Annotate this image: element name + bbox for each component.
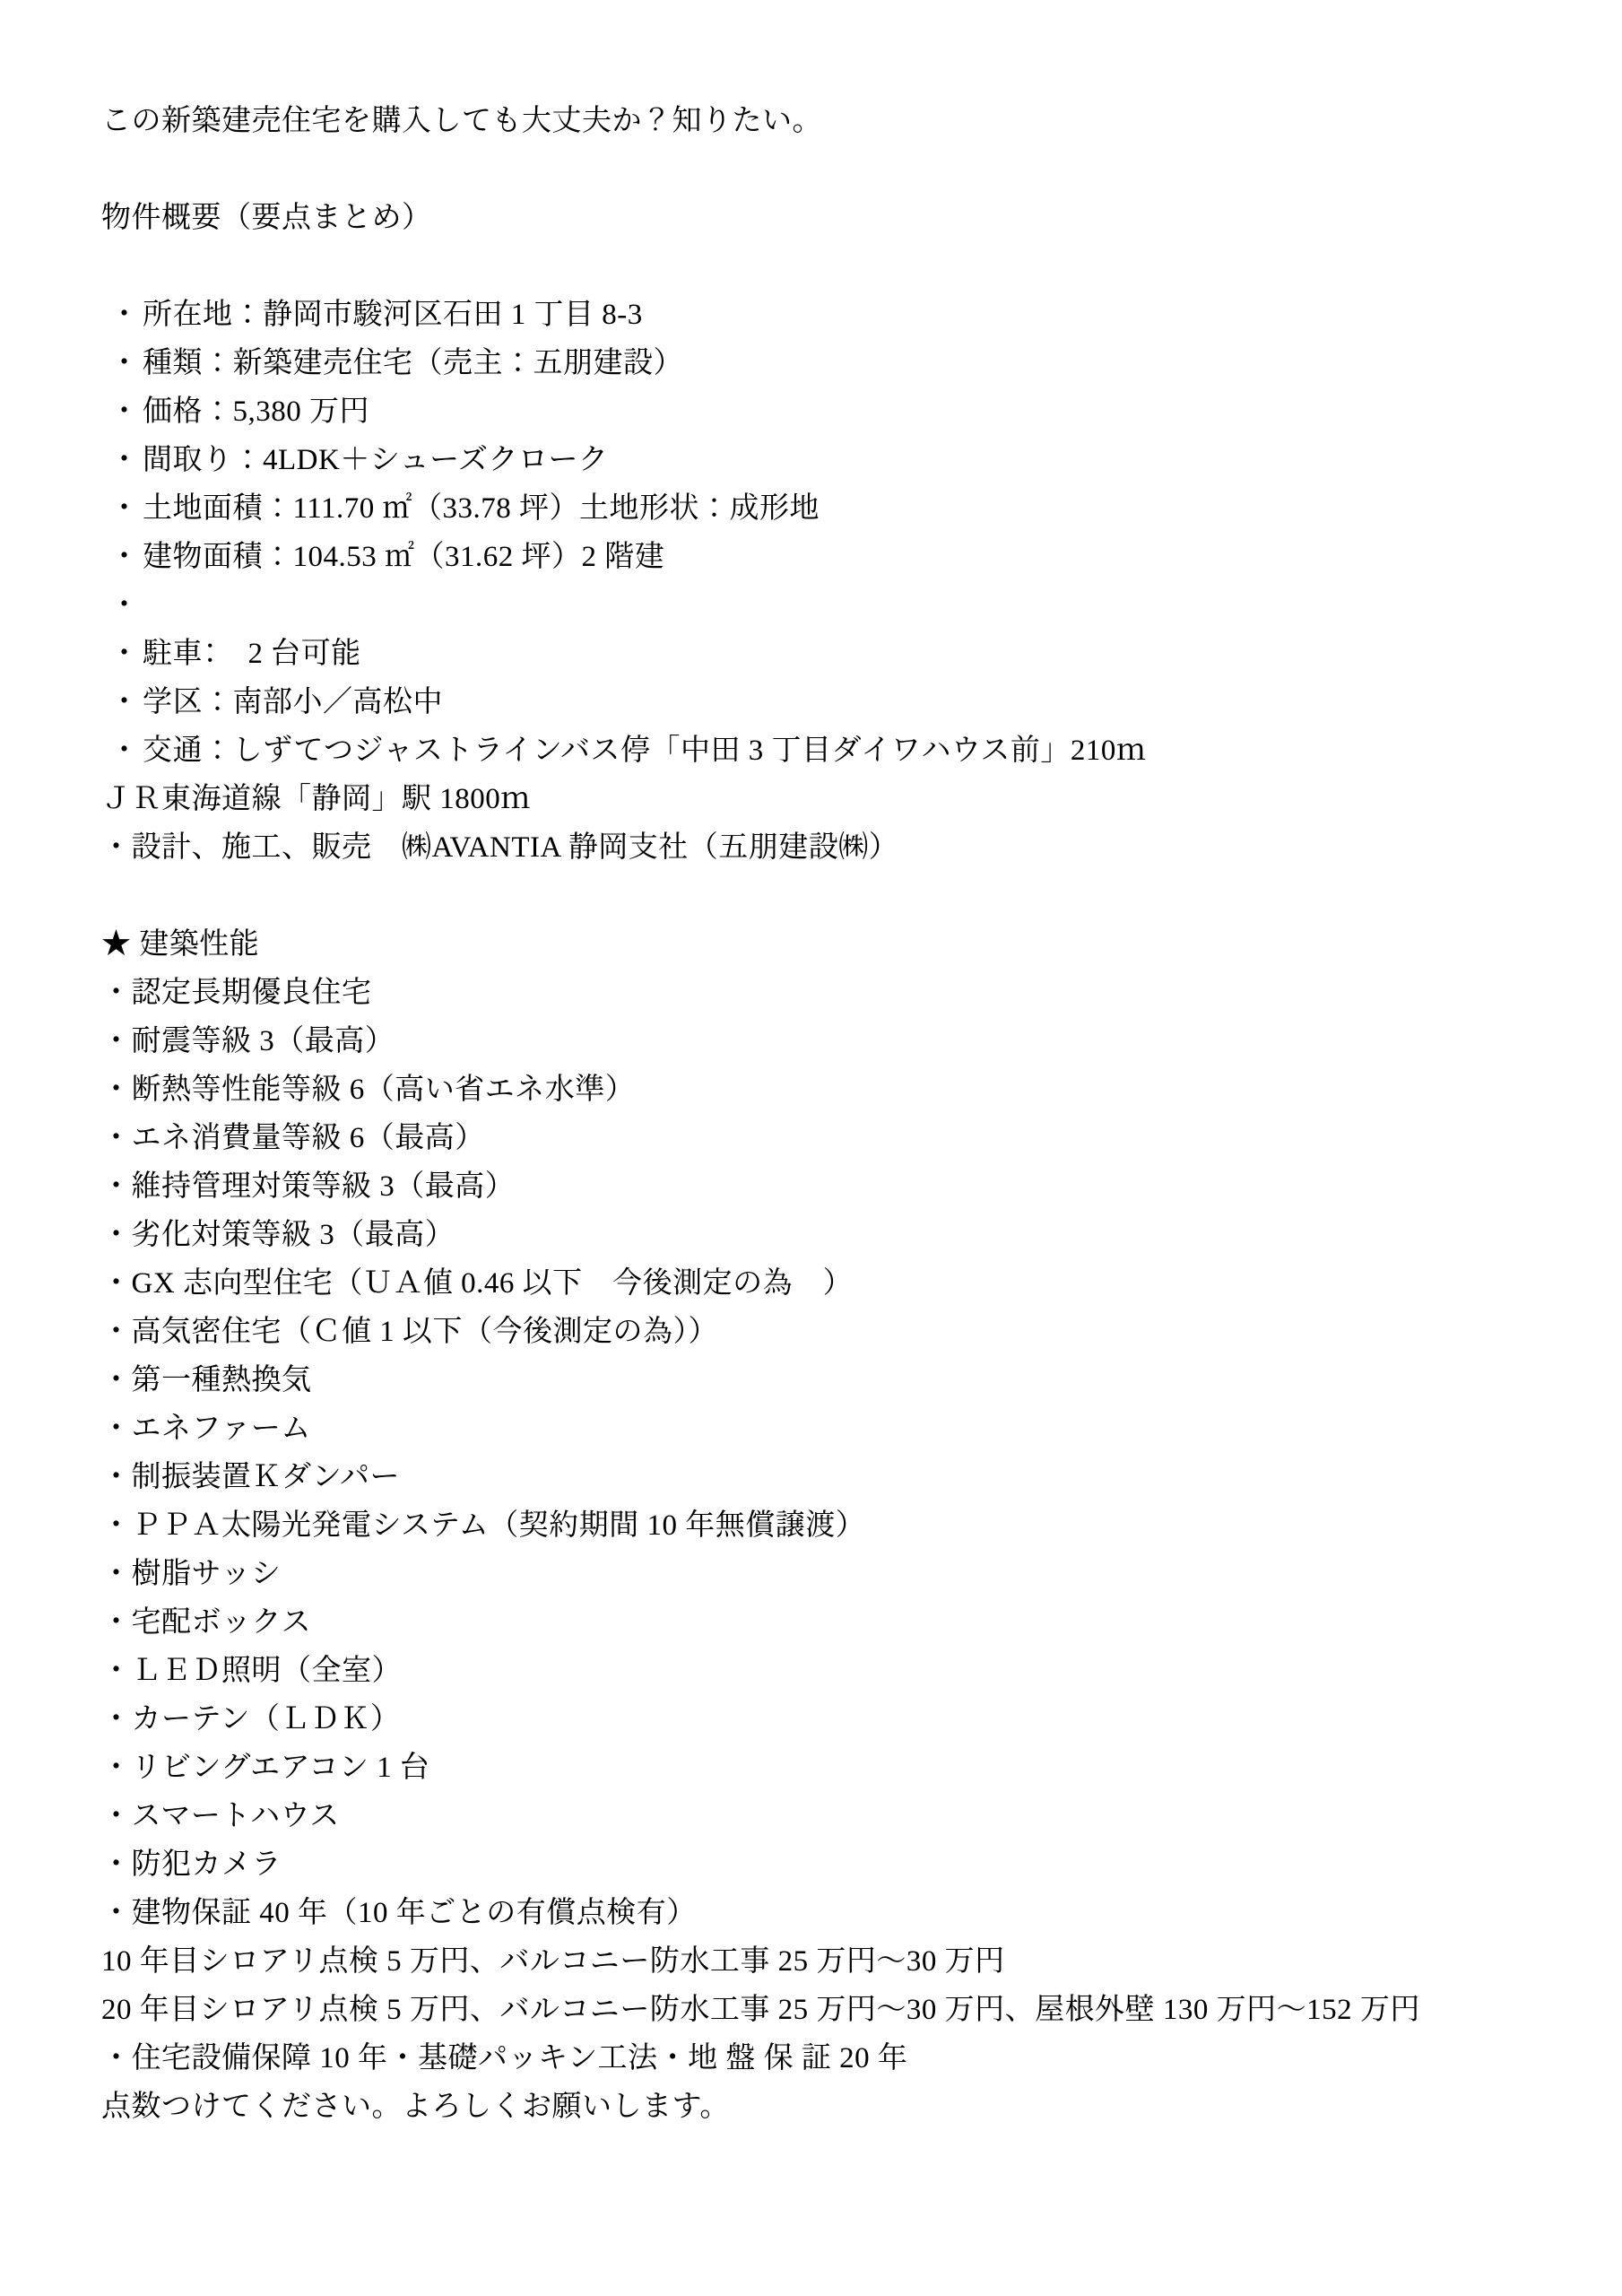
list-bullet-icon: ・ xyxy=(109,630,143,678)
list-item: ・土地面積：111.70 ㎡（33.78 坪）土地形状：成形地 xyxy=(101,484,1532,533)
list-item-text: 種類：新築建売住宅（売主：五朋建設） xyxy=(143,347,683,379)
text-line: ＪＲ東海道線「静岡」駅 1800ｍ xyxy=(101,775,1532,823)
text-line: ・防犯カメラ xyxy=(101,1840,1532,1889)
text-line: 点数つけてください。よろしくお願いします。 xyxy=(101,2083,1532,2131)
list-bullet-icon: ・ xyxy=(109,436,143,484)
list-item: ・所在地：静岡市駿河区石田 1 丁目 8-3 xyxy=(101,291,1532,339)
text-line: ・劣化対策等級 3（最高） xyxy=(101,1211,1532,1259)
text-line: ・建物保証 40 年（10 年ごとの有償点検有） xyxy=(101,1889,1532,1937)
text-line: ・ＰＰＡ太陽光発電システム（契約期間 10 年無償譲渡） xyxy=(101,1501,1532,1550)
text-line: ・第一種熱換気 xyxy=(101,1356,1532,1405)
list-bullet-icon: ・ xyxy=(109,581,143,630)
text-line: ・維持管理対策等級 3（最高） xyxy=(101,1162,1532,1211)
text-line: ・宅配ボックス xyxy=(101,1598,1532,1647)
list-bullet-icon: ・ xyxy=(109,339,143,387)
list-item: ・交通：しずてつジャストラインバス停「中田 3 丁目ダイワハウス前」210ｍ xyxy=(101,726,1532,775)
list-bullet-icon: ・ xyxy=(109,533,143,581)
text-line: ・カーテン（ＬＤＫ） xyxy=(101,1695,1532,1744)
text-line: ・リビングエアコン 1 台 xyxy=(101,1744,1532,1792)
text-line: 10 年目シロアリ点検 5 万円、バルコニー防水工事 25 万円〜30 万円 xyxy=(101,1937,1532,1986)
document-content: この新築建売住宅を購入しても大丈夫か？知りたい。物件概要（要点まとめ）・所在地：… xyxy=(0,0,1622,2131)
list-bullet-icon: ・ xyxy=(109,291,143,339)
text-line: 20 年目シロアリ点検 5 万円、バルコニー防水工事 25 万円〜30 万円、屋… xyxy=(101,1986,1532,2034)
list-bullet-icon: ・ xyxy=(109,387,143,436)
blank-line xyxy=(101,872,1532,920)
list-item: ・価格：5,380 万円 xyxy=(101,387,1532,436)
text-line: ・GX 志向型住宅（ＵＡ値 0.46 以下 今後測定の為 ） xyxy=(101,1259,1532,1308)
list-item-text: 所在地：静岡市駿河区石田 1 丁目 8-3 xyxy=(143,299,643,331)
list-item-text: 価格：5,380 万円 xyxy=(143,396,369,428)
blank-line xyxy=(101,242,1532,291)
text-line: ・樹脂サッシ xyxy=(101,1550,1532,1598)
text-line: この新築建売住宅を購入しても大丈夫か？知りたい。 xyxy=(101,97,1532,145)
list-item-text: 土地面積：111.70 ㎡（33.78 坪）土地形状：成形地 xyxy=(143,492,820,525)
text-line: ・制振装置Ｋダンパー xyxy=(101,1453,1532,1501)
text-line: ・エネ消費量等級 6（最高） xyxy=(101,1114,1532,1162)
list-item-text: 建物面積：104.53 ㎡（31.62 坪）2 階建 xyxy=(143,541,664,573)
list-bullet-icon: ・ xyxy=(109,726,143,775)
list-item: ・間取り：4LDK＋シューズクローク xyxy=(101,436,1532,484)
text-line: ・認定長期優良住宅 xyxy=(101,969,1532,1017)
list-bullet-icon: ・ xyxy=(109,484,143,533)
list-item: ・ xyxy=(101,581,1532,630)
text-line: ・エネファーム xyxy=(101,1405,1532,1453)
text-line: ・設計、施工、販売 ㈱AVANTIA 静岡支社（五朋建設㈱） xyxy=(101,823,1532,872)
list-item-text: 間取り：4LDK＋シューズクローク xyxy=(143,444,609,476)
text-line: ・断熱等性能等級 6（高い省エネ水準） xyxy=(101,1065,1532,1114)
text-line: ・住宅設備保障 10 年・基礎パッキン工法・地 盤 保 証 20 年 xyxy=(101,2034,1532,2083)
list-bullet-icon: ・ xyxy=(109,678,143,726)
list-item: ・種類：新築建売住宅（売主：五朋建設） xyxy=(101,339,1532,387)
text-line: 物件概要（要点まとめ） xyxy=(101,194,1532,242)
list-item: ・学区：南部小／高松中 xyxy=(101,678,1532,726)
text-line: ・耐震等級 3（最高） xyxy=(101,1017,1532,1065)
text-line: ・ＬＥＤ照明（全室） xyxy=(101,1647,1532,1695)
text-line: ・スマートハウス xyxy=(101,1792,1532,1840)
list-item: ・駐車： 2 台可能 xyxy=(101,630,1532,678)
list-item-text: 学区：南部小／高松中 xyxy=(143,686,443,718)
list-item-text: 交通：しずてつジャストラインバス停「中田 3 丁目ダイワハウス前」210ｍ xyxy=(143,735,1146,767)
blank-line xyxy=(101,145,1532,194)
text-line: ★ 建築性能 xyxy=(101,920,1532,969)
text-line: ・高気密住宅（Ｃ値 1 以下（今後測定の為）） xyxy=(101,1308,1532,1356)
list-item: ・建物面積：104.53 ㎡（31.62 坪）2 階建 xyxy=(101,533,1532,581)
list-item-text: 駐車： 2 台可能 xyxy=(143,638,361,670)
document-page: この新築建売住宅を購入しても大丈夫か？知りたい。物件概要（要点まとめ）・所在地：… xyxy=(0,0,1622,2296)
